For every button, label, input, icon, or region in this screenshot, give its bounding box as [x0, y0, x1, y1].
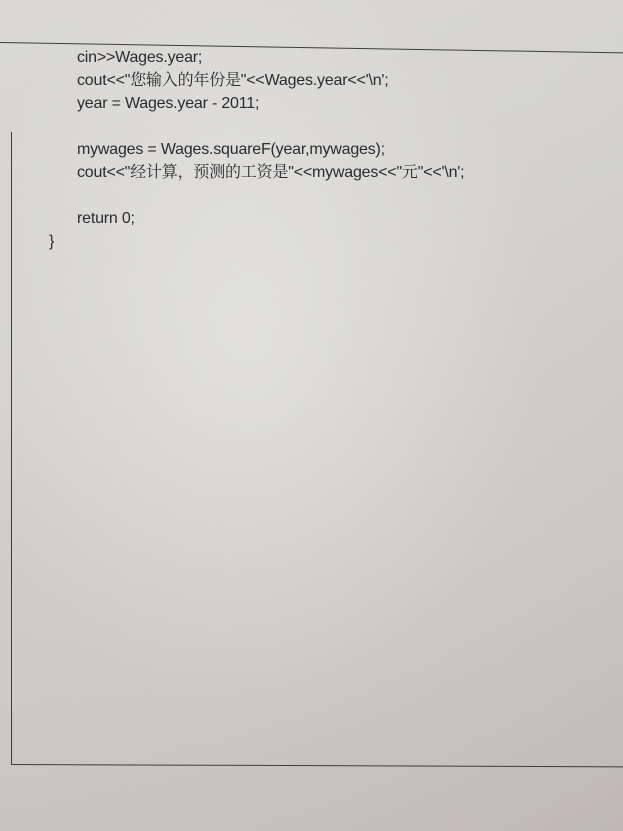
code-line-cin: cin>>Wages.year;: [77, 46, 464, 69]
code-line-blank: [77, 115, 464, 138]
code-line-blank: [77, 184, 464, 207]
frame-left-border: [11, 132, 12, 765]
code-line-closing-brace: }: [49, 230, 464, 253]
code-listing: cin>>Wages.year; cout<<"您输入的年份是"<<Wages.…: [77, 46, 464, 253]
code-line-cout-wages: cout<<"经计算，预测的工资是"<<mywages<<"元"<<'\n';: [77, 161, 464, 184]
code-line-cout-year: cout<<"您输入的年份是"<<Wages.year<<'\n';: [77, 69, 464, 92]
code-line-mywages-assign: mywages = Wages.squareF(year,mywages);: [77, 138, 464, 161]
code-line-return: return 0;: [77, 207, 464, 230]
code-line-year-assign: year = Wages.year - 2011;: [77, 92, 464, 115]
